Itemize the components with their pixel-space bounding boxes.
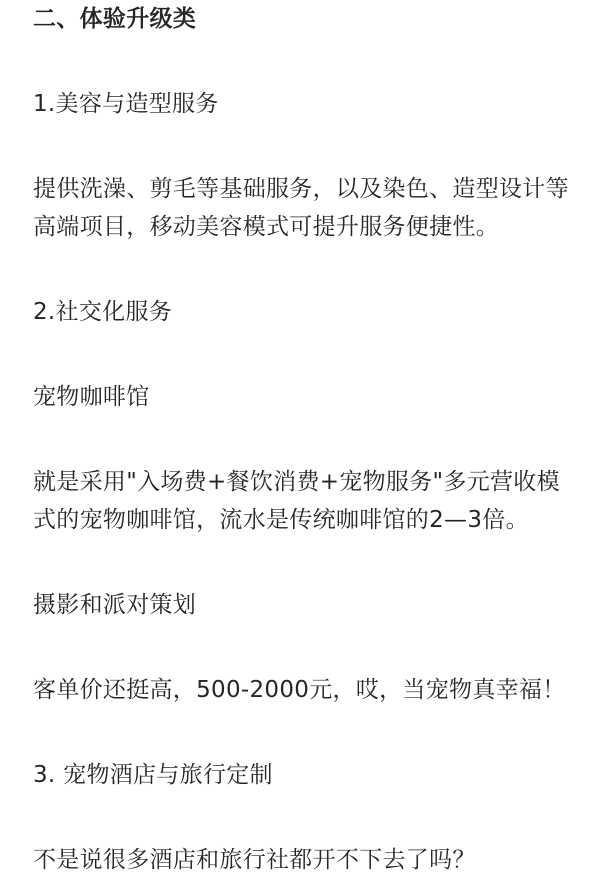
subheading-pet-hotel-travel: 3. 宠物酒店与旅行定制	[33, 756, 573, 794]
section-heading-experience-upgrade: 二、体验升级类	[33, 0, 573, 38]
subheading-social-services: 2.社交化服务	[33, 293, 573, 331]
paragraph-grooming-services-detail: 提供洗澡、剪毛等基础服务，以及染色、造型设计等高端项目，移动美容模式可提升服务便…	[33, 170, 573, 246]
paragraph-pet-cafe-title: 宠物咖啡馆	[33, 378, 573, 416]
paragraph-average-order-price: 客单价还挺高，500-2000元，哎，当宠物真幸福！	[33, 671, 573, 709]
paragraph-photography-party-planning: 摄影和派对策划	[33, 586, 573, 624]
article-page: 二、体验升级类 1.美容与造型服务 提供洗澡、剪毛等基础服务，以及染色、造型设计…	[0, 0, 600, 877]
subheading-grooming-styling-services: 1.美容与造型服务	[33, 85, 573, 123]
paragraph-hotel-travel-question: 不是说很多酒店和旅行社都开不下去了吗？	[33, 841, 573, 877]
paragraph-pet-cafe-revenue-model: 就是采用"入场费+餐饮消费+宠物服务"多元营收模式的宠物咖啡馆，流水是传统咖啡馆…	[33, 463, 573, 539]
